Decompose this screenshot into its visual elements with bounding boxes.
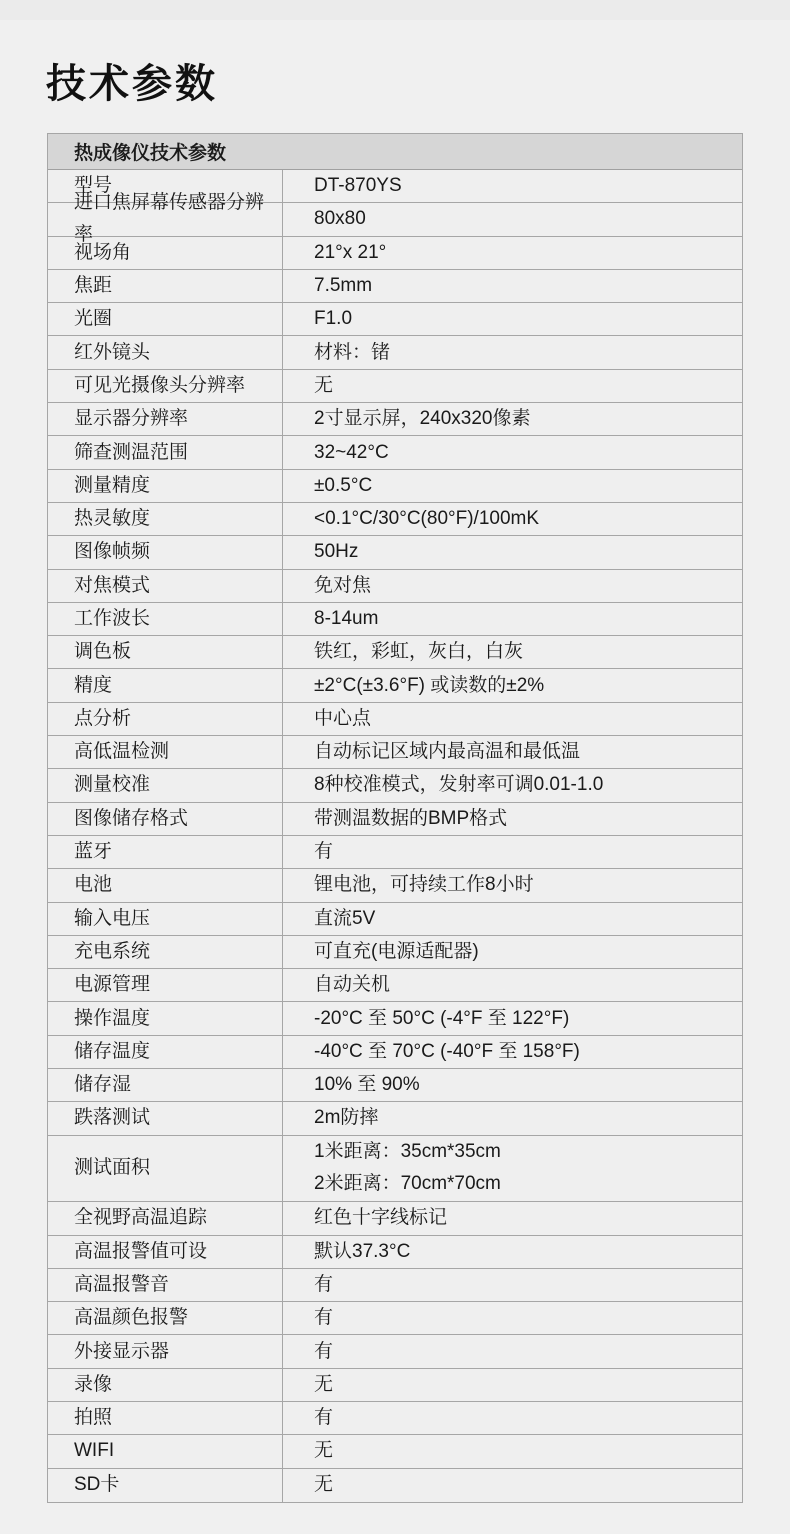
- spec-value: -20°C 至 50°C (-4°F 至 122°F): [283, 1002, 742, 1034]
- spec-label: 高温报警音: [48, 1269, 283, 1301]
- spec-label: 对焦模式: [48, 570, 283, 602]
- table-row: 测量校准8种校准模式，发射率可调0.01-1.0: [48, 769, 742, 802]
- spec-label: 高温报警值可设: [48, 1236, 283, 1268]
- spec-value: 有: [283, 836, 742, 868]
- spec-value: 有: [283, 1269, 742, 1301]
- spec-label: 全视野高温追踪: [48, 1202, 283, 1234]
- spec-label: 筛查测温范围: [48, 436, 283, 468]
- table-row: 图像储存格式带测温数据的BMP格式: [48, 803, 742, 836]
- spec-label: 蓝牙: [48, 836, 283, 868]
- spec-label: 操作温度: [48, 1002, 283, 1034]
- spec-label: 点分析: [48, 703, 283, 735]
- spec-value: ±2°C(±3.6°F) 或读数的±2%: [283, 669, 742, 701]
- spec-label: 进口焦屏幕传感器分辨率: [48, 203, 283, 235]
- table-row: 跌落测试2m防摔: [48, 1102, 742, 1135]
- spec-label: 热灵敏度: [48, 503, 283, 535]
- table-row: 热灵敏度<0.1°C/30°C(80°F)/100mK: [48, 503, 742, 536]
- spec-label: 焦距: [48, 270, 283, 302]
- table-row: 充电系统可直充(电源适配器): [48, 936, 742, 969]
- table-row: 拍照有: [48, 1402, 742, 1435]
- spec-label: 图像帧频: [48, 536, 283, 568]
- spec-label: 显示器分辨率: [48, 403, 283, 435]
- spec-value: 8-14um: [283, 603, 742, 635]
- table-row: 测试面积1米距离：35cm*35cm 2米距离：70cm*70cm: [48, 1136, 742, 1203]
- table-row: 点分析中心点: [48, 703, 742, 736]
- table-row: 操作温度-20°C 至 50°C (-4°F 至 122°F): [48, 1002, 742, 1035]
- spec-value: 材料：锗: [283, 336, 742, 368]
- table-row: 外接显示器有: [48, 1335, 742, 1368]
- table-row: 蓝牙有: [48, 836, 742, 869]
- spec-label: 充电系统: [48, 936, 283, 968]
- table-row: 电池锂电池，可持续工作8小时: [48, 869, 742, 902]
- table-row: 储存湿10% 至 90%: [48, 1069, 742, 1102]
- spec-label: 工作波长: [48, 603, 283, 635]
- table-row: 显示器分辨率2寸显示屏，240x320像素: [48, 403, 742, 436]
- spec-label: 测试面积: [48, 1136, 283, 1202]
- table-row: 工作波长8-14um: [48, 603, 742, 636]
- spec-label: WIFI: [48, 1435, 283, 1467]
- spec-label: 可见光摄像头分辨率: [48, 370, 283, 402]
- spec-value: 自动标记区域内最高温和最低温: [283, 736, 742, 768]
- spec-label: 储存温度: [48, 1036, 283, 1068]
- spec-value: 红色十字线标记: [283, 1202, 742, 1234]
- spec-value: 50Hz: [283, 536, 742, 568]
- table-row: 录像无: [48, 1369, 742, 1402]
- spec-label: 红外镜头: [48, 336, 283, 368]
- table-row: 图像帧频50Hz: [48, 536, 742, 569]
- table-row: 红外镜头材料：锗: [48, 336, 742, 369]
- spec-value: DT-870YS: [283, 170, 742, 202]
- spec-value: 2m防摔: [283, 1102, 742, 1134]
- spec-value: 32~42°C: [283, 436, 742, 468]
- spec-value: 免对焦: [283, 570, 742, 602]
- spec-label: 电源管理: [48, 969, 283, 1001]
- spec-label: 跌落测试: [48, 1102, 283, 1134]
- spec-value: -40°C 至 70°C (-40°F 至 158°F): [283, 1036, 742, 1068]
- table-row: 焦距7.5mm: [48, 270, 742, 303]
- spec-value: 8种校准模式，发射率可调0.01-1.0: [283, 769, 742, 801]
- table-row: 输入电压直流5V: [48, 903, 742, 936]
- spec-label: 储存湿: [48, 1069, 283, 1101]
- top-strip: [0, 0, 790, 20]
- table-row: 高温报警音有: [48, 1269, 742, 1302]
- spec-label: SD卡: [48, 1469, 283, 1502]
- spec-label: 精度: [48, 669, 283, 701]
- table-header: 热成像仪技术参数: [48, 134, 742, 170]
- table-row: 全视野高温追踪红色十字线标记: [48, 1202, 742, 1235]
- table-row: 筛查测温范围32~42°C: [48, 436, 742, 469]
- spec-value: 2寸显示屏，240x320像素: [283, 403, 742, 435]
- spec-label: 高低温检测: [48, 736, 283, 768]
- spec-value: 有: [283, 1302, 742, 1334]
- spec-value: 80x80: [283, 203, 742, 235]
- table-row: 高温报警值可设默认37.3°C: [48, 1236, 742, 1269]
- table-row: 光圈F1.0: [48, 303, 742, 336]
- spec-value: 有: [283, 1335, 742, 1367]
- spec-value: 无: [283, 1469, 742, 1502]
- spec-value: 直流5V: [283, 903, 742, 935]
- table-row: 对焦模式免对焦: [48, 570, 742, 603]
- spec-value: 中心点: [283, 703, 742, 735]
- spec-value: 10% 至 90%: [283, 1069, 742, 1101]
- spec-value: 21°x 21°: [283, 237, 742, 269]
- table-row: 可见光摄像头分辨率无: [48, 370, 742, 403]
- spec-label: 录像: [48, 1369, 283, 1401]
- table-row: 精度±2°C(±3.6°F) 或读数的±2%: [48, 669, 742, 702]
- page-title: 技术参数: [46, 62, 218, 106]
- table-row: 进口焦屏幕传感器分辨率80x80: [48, 203, 742, 236]
- spec-value: 带测温数据的BMP格式: [283, 803, 742, 835]
- spec-label: 视场角: [48, 237, 283, 269]
- spec-value: <0.1°C/30°C(80°F)/100mK: [283, 503, 742, 535]
- spec-label: 图像储存格式: [48, 803, 283, 835]
- spec-label: 拍照: [48, 1402, 283, 1434]
- spec-value: 无: [283, 370, 742, 402]
- spec-value: 默认37.3°C: [283, 1236, 742, 1268]
- spec-value: ±0.5°C: [283, 470, 742, 502]
- table-row: 高低温检测自动标记区域内最高温和最低温: [48, 736, 742, 769]
- table-rows: 型号DT-870YS进口焦屏幕传感器分辨率80x80视场角21°x 21°焦距7…: [48, 170, 742, 1502]
- spec-value: 铁红，彩虹，灰白，白灰: [283, 636, 742, 668]
- table-row: 储存温度-40°C 至 70°C (-40°F 至 158°F): [48, 1036, 742, 1069]
- table-row: WIFI无: [48, 1435, 742, 1468]
- table-row: 高温颜色报警有: [48, 1302, 742, 1335]
- spec-label: 高温颜色报警: [48, 1302, 283, 1334]
- spec-label: 测量校准: [48, 769, 283, 801]
- spec-label: 外接显示器: [48, 1335, 283, 1367]
- spec-label: 电池: [48, 869, 283, 901]
- table-row: SD卡无: [48, 1469, 742, 1502]
- spec-label: 光圈: [48, 303, 283, 335]
- spec-table: 热成像仪技术参数 型号DT-870YS进口焦屏幕传感器分辨率80x80视场角21…: [47, 133, 743, 1503]
- table-row: 测量精度±0.5°C: [48, 470, 742, 503]
- spec-label: 调色板: [48, 636, 283, 668]
- spec-value: 7.5mm: [283, 270, 742, 302]
- table-row: 电源管理自动关机: [48, 969, 742, 1002]
- spec-value: 锂电池，可持续工作8小时: [283, 869, 742, 901]
- spec-value: 无: [283, 1435, 742, 1467]
- spec-value: 有: [283, 1402, 742, 1434]
- spec-value: 自动关机: [283, 969, 742, 1001]
- spec-value: F1.0: [283, 303, 742, 335]
- table-row: 视场角21°x 21°: [48, 237, 742, 270]
- spec-label: 输入电压: [48, 903, 283, 935]
- spec-value: 无: [283, 1369, 742, 1401]
- table-row: 调色板铁红，彩虹，灰白，白灰: [48, 636, 742, 669]
- spec-label: 测量精度: [48, 470, 283, 502]
- spec-value: 可直充(电源适配器): [283, 936, 742, 968]
- spec-value: 1米距离：35cm*35cm 2米距离：70cm*70cm: [283, 1136, 742, 1202]
